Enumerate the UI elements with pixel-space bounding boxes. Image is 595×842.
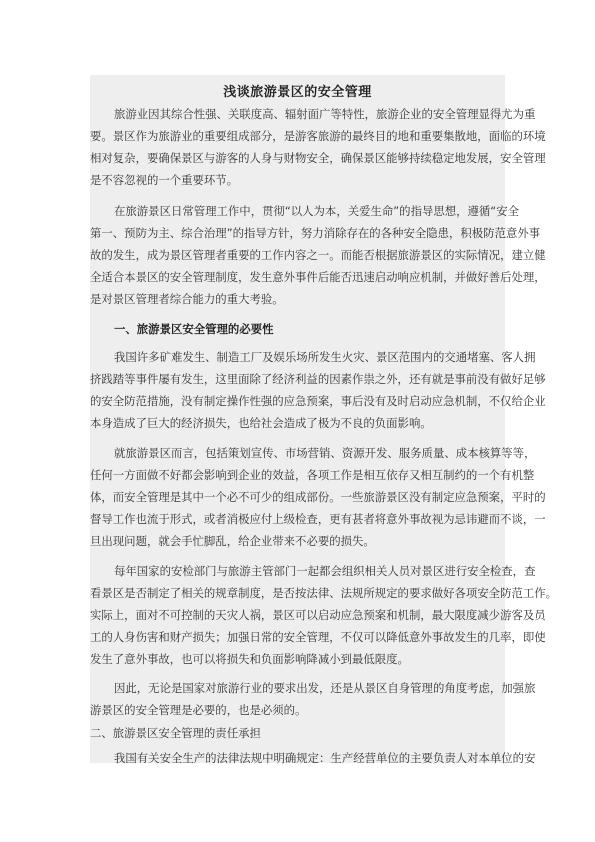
text-line: 发生了意外事故，也可以将损失和负面影响降减小到最低限度。: [90, 651, 505, 667]
text-line: 故的发生，成为景区管理者重要的工作内容之一。而能否根据旅游景区的实际情况，建立健: [90, 247, 505, 263]
text-line: 的安全防范措施，没有制定操作性强的应急预案，事后没有及时启动应急机制，不仅给企业: [90, 393, 505, 409]
text-line: 每年国家的安检部门与旅游主管部门一起都会组织相关人员对景区进行安全检查，查: [90, 563, 505, 579]
text-line: 看景区是否制定了相关的规章制度，是否按法律、法规所规定的要求做好各项安全防范工作…: [90, 585, 505, 601]
text-line: 因此，无论是国家对旅游行业的要求出发，还是从景区自身管理的角度考虑，加强旅: [90, 680, 505, 696]
text-line: 二、旅游景区安全管理的责任承担: [90, 725, 505, 741]
text-line: 是对景区管理者综合能力的重大考验。: [90, 291, 505, 307]
text-line: 体，而安全管理是其中一个必不可少的组成部份。一些旅游景区没有制定应急预案，平时的: [90, 489, 505, 505]
text-line: 旅游业因其综合性强、关联度高、辐射面广等特性，旅游企业的安全管理显得尤为重: [90, 106, 505, 122]
text-line: 旦出现问题，就会手忙脚乱，给企业带来不必要的损失。: [90, 533, 505, 549]
text-line: 在旅游景区日常管理工作中，贯彻“以人为本，关爱生命”的指导思想，遵循“安全: [90, 203, 505, 219]
text-line: 我国许多矿难发生、制造工厂及娱乐场所发生火灾、景区范围内的交通堵塞、客人拥: [90, 349, 505, 365]
text-line: 相对复杂，要确保景区与游客的人身与财物安全，确保景区能够持续稳定地发展，安全管理: [90, 150, 505, 166]
text-line: 任何一方面做不好都会影响到企业的效益，各项工作是相互依存又相互制约的一个有机整: [90, 467, 505, 483]
text-line: 实际上，面对不可控制的天灾人祸，景区可以启动应急预案和机制，最大限度减少游客及员: [90, 607, 505, 623]
text-line: 本身造成了巨大的经济损失，也给社会造成了极为不良的负面影响。: [90, 415, 505, 431]
document-title: 浅谈旅游景区的安全管理: [90, 81, 505, 100]
text-line: 就旅游景区而言，包括策划宣传、市场营销、资源开发、服务质量、成本核算等等，: [90, 445, 505, 461]
text-line: 全适合本景区的安全管理制度，发生意外事件后能否迅速启动响应机制，并做好善后处理，: [90, 269, 505, 285]
text-line: 我国有关安全生产的法律法规中明确规定：生产经营单位的主要负责人对本单位的安: [90, 750, 505, 766]
text-line: 是不容忽视的一个重要环节。: [90, 172, 505, 188]
document-page: 浅谈旅游景区的安全管理 旅游业因其综合性强、关联度高、辐射面广等特性，旅游企业的…: [90, 75, 505, 763]
text-line: 督导工作也流于形式，或者消极应付上级检查，更有甚者将意外事故视为忌讳避而不谈，一: [90, 511, 505, 527]
text-line: 工的人身伤害和财产损失；加强日常的安全管理，不仅可以降低意外事故发生的几率，即使: [90, 629, 505, 645]
section-heading: 一、旅游景区安全管理的必要性: [90, 321, 505, 337]
text-line: 游景区的安全管理是必要的，也是必须的。: [90, 702, 505, 718]
text-line: 要。景区作为旅游业的重要组成部分，是游客旅游的最终目的地和重要集散地，面临的环境: [90, 128, 505, 144]
text-line: 挤践踏等事件屡有发生，这里面除了经济利益的因素作祟之外，还有就是事前没有做好足够: [90, 371, 505, 387]
text-line: 第一、预防为主、综合治理”的指导方针，努力消除存在的各种安全隐患，积极防范意外事: [90, 225, 505, 241]
